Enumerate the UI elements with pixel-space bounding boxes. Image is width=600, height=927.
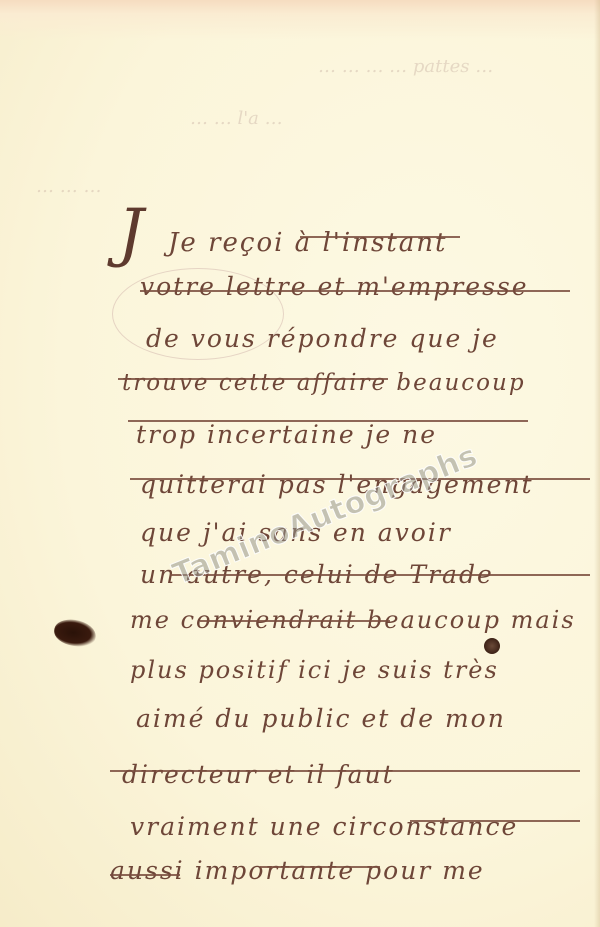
ink-stroke xyxy=(130,478,590,480)
letter-line-5: trop incertaine je ne xyxy=(136,420,437,449)
letter-line-11: aimé du public et de mon xyxy=(136,704,506,733)
ink-stroke xyxy=(200,620,390,622)
ink-stroke xyxy=(300,236,460,238)
letter-line-10: plus positif ici je suis très xyxy=(130,656,499,684)
letter-line-13: vraiment une circonstance xyxy=(130,812,518,841)
paper-edge xyxy=(594,0,600,927)
ink-stroke xyxy=(140,290,570,292)
letter-line-1: Je reçoi à l'instant xyxy=(168,228,447,258)
letter-line-4: trouve cette affaire beaucoup xyxy=(122,370,526,396)
ink-spot xyxy=(484,638,500,654)
letter-line-14: aussi importante pour me xyxy=(110,856,485,885)
ink-stroke xyxy=(260,866,380,868)
bleed-through-text-3: … … … xyxy=(36,176,101,197)
ink-blot xyxy=(52,617,97,649)
ink-stroke xyxy=(410,820,580,822)
initial-letter: J xyxy=(118,196,144,270)
bleed-through-text-1: … … … … pattes … xyxy=(318,56,493,77)
ink-stroke xyxy=(128,420,528,422)
letter-line-3: de vous répondre que je xyxy=(146,324,499,353)
letter-line-2: votre lettre et m'empresse xyxy=(140,272,529,301)
ink-stroke xyxy=(110,770,580,772)
letter-line-12: directeur et il faut xyxy=(122,760,395,789)
bleed-through-text-2: … … l'a … xyxy=(190,108,283,129)
ink-stroke xyxy=(170,574,590,576)
ink-stroke xyxy=(110,874,180,876)
ink-stroke xyxy=(118,378,388,380)
letter-page: … … … … pattes … … … l'a … … … … J Je re… xyxy=(0,0,600,927)
